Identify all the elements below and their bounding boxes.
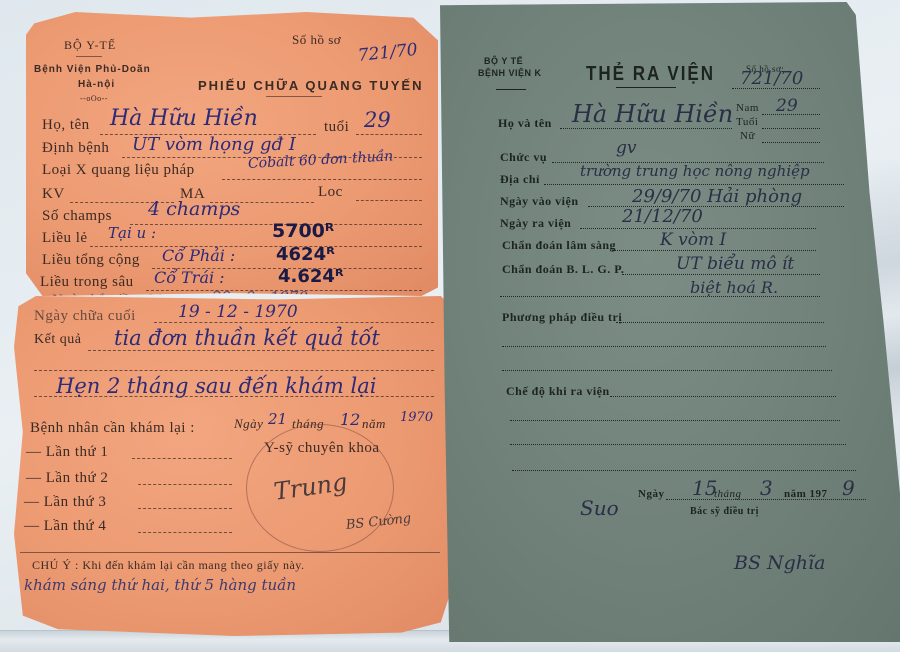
field-line-address bbox=[544, 184, 844, 185]
total-dose-label: Liều tổng cộng bbox=[42, 252, 140, 269]
fields-count-label: Số champs bbox=[42, 208, 112, 225]
date-year-label: năm 197 bbox=[784, 488, 828, 500]
hospital-name: BỆNH VIỆN K bbox=[478, 68, 542, 78]
followup-label: Bệnh nhân cần khám lại : bbox=[30, 420, 195, 437]
diagnosis-label: Định bệnh bbox=[42, 140, 109, 157]
title-underline bbox=[616, 87, 676, 88]
field-line-name bbox=[560, 128, 732, 129]
date-year-digit: 9 bbox=[842, 476, 855, 500]
total-dose-value: 4624ᴿ bbox=[276, 244, 335, 265]
result-value-2: Hẹn 2 tháng sau đến khám lại bbox=[56, 374, 376, 398]
age-label: Tuổi bbox=[736, 116, 758, 128]
field-label-address: Địa chỉ bbox=[500, 172, 540, 187]
note-divider bbox=[20, 552, 440, 553]
male-label: Nam bbox=[736, 102, 759, 114]
visit-4-line bbox=[138, 532, 232, 533]
result-line-1 bbox=[88, 350, 434, 351]
field-value-address: trường trung học nông nghiệp bbox=[580, 162, 810, 180]
note-label: CHÚ Ý : Khi đến khám lại cần mang theo g… bbox=[32, 558, 305, 573]
age-line bbox=[356, 134, 422, 135]
field-label-admission: Ngày vào viện bbox=[500, 194, 579, 209]
male-value: 29 bbox=[776, 96, 798, 116]
deep-dose-site: Cổ Trái : bbox=[154, 268, 225, 287]
followup-year: 1970 bbox=[400, 410, 433, 425]
deep-dose-value: 4.624ᴿ bbox=[278, 266, 344, 287]
date-month-label: tháng bbox=[714, 488, 742, 500]
last-date-line bbox=[154, 322, 434, 323]
doctor-signature: BS Nghĩa bbox=[734, 552, 825, 574]
ornament: --oOo-- bbox=[80, 94, 108, 103]
visit-2: — Lần thứ 2 bbox=[26, 470, 108, 487]
field-line-treatment-2 bbox=[502, 346, 826, 347]
field-value-pathology-diagnosis-2: biệt hoá R. bbox=[690, 278, 778, 297]
hospital-name: Bệnh Viện Phủ-Doãn bbox=[34, 64, 151, 75]
followup-month: 12 bbox=[340, 410, 360, 429]
radiotherapy-slip-bottom: Ngày chữa cuối 19 - 12 - 1970 Kết quả ti… bbox=[14, 296, 454, 636]
result-value-1: tia đơn thuần kết quả tốt bbox=[114, 326, 380, 350]
field-label-regime: Chế độ khi ra viện bbox=[506, 384, 610, 399]
dose-site: Tại u : bbox=[108, 224, 156, 242]
fields-count-value: 4 champs bbox=[148, 198, 240, 220]
xray-type-label: Loại X quang liệu pháp bbox=[42, 162, 195, 179]
result-label: Kết quả bbox=[34, 332, 81, 348]
loc-line bbox=[356, 200, 422, 201]
hospital-city: Hà-nội bbox=[78, 79, 115, 90]
field-label-position: Chức vụ bbox=[500, 150, 547, 165]
field-value-position: gv bbox=[616, 138, 637, 158]
record-no-label: Số hồ sơ bbox=[292, 32, 341, 48]
field-label-discharge: Ngày ra viện bbox=[500, 216, 571, 231]
name-value: Hà Hữu Hiền bbox=[110, 106, 258, 131]
record-no-value: 721/70 bbox=[740, 68, 803, 89]
last-date-label: Ngày chữa cuối bbox=[34, 308, 136, 325]
field-line-regime-2 bbox=[510, 420, 840, 421]
card-title: THẺ RA VIỆN bbox=[586, 62, 715, 86]
followup-date-prefix: Ngày bbox=[234, 416, 263, 432]
female-label: Nữ bbox=[740, 130, 755, 142]
dose-value: 5700ᴿ bbox=[272, 220, 334, 242]
loc-label: Loc bbox=[318, 184, 343, 201]
followup-day: 21 bbox=[268, 410, 287, 428]
ministry-label: BỘ Y-TẾ bbox=[64, 38, 116, 53]
discharge-card: BỘ Y TẾ BỆNH VIỆN K THẺ RA VIỆN Số hồ sơ… bbox=[440, 2, 900, 642]
field-line-regime bbox=[610, 396, 836, 397]
ministry-label: BỘ Y TẾ bbox=[484, 56, 523, 66]
field-label-pathology-diagnosis: Chẩn đoán B. L. G. P. bbox=[502, 262, 624, 277]
total-dose-site: Cổ Phải : bbox=[162, 246, 235, 265]
kv-label: KV bbox=[42, 186, 65, 203]
divider bbox=[76, 56, 102, 57]
visit-2-line bbox=[138, 484, 232, 485]
visit-1: — Lần thứ 1 bbox=[26, 444, 108, 461]
deep-dose-label: Liều trong sâu bbox=[40, 274, 134, 291]
xray-type-line bbox=[222, 179, 422, 180]
note-handwritten: khám sáng thứ hai, thứ 5 hàng tuần bbox=[24, 576, 296, 594]
field-line-treatment-3 bbox=[502, 370, 832, 371]
radiotherapy-slip-top: BỘ Y-TẾ Bệnh Viện Phủ-Doãn Hà-nội --oOo-… bbox=[26, 12, 438, 296]
result-line-2 bbox=[34, 370, 434, 371]
date-month: 3 bbox=[760, 476, 773, 500]
field-value-clinical-diagnosis: K vòm I bbox=[660, 230, 726, 250]
last-date-value: 19 - 12 - 1970 bbox=[178, 302, 298, 322]
slip-title: PHIẾU CHỮA QUANG TUYẾN bbox=[198, 78, 423, 93]
age-value: 29 bbox=[364, 108, 391, 132]
field-value-admission: 29/9/70 Hải phòng bbox=[632, 186, 802, 207]
initials-left: Suo bbox=[580, 496, 619, 520]
visit-1-line bbox=[132, 458, 232, 459]
field-line-clinical-diagnosis bbox=[612, 250, 816, 251]
field-line-discharge bbox=[580, 228, 816, 229]
field-value-pathology-diagnosis: UT biểu mô ít bbox=[676, 254, 794, 274]
age-label: tuổi bbox=[324, 119, 349, 136]
field-label-clinical-diagnosis: Chẩn đoán lâm sàng bbox=[502, 238, 616, 253]
name-label: Họ, tên bbox=[42, 117, 90, 134]
visit-3-line bbox=[138, 508, 232, 509]
field-line-pathology-diagnosis bbox=[622, 274, 820, 275]
visit-4: — Lần thứ 4 bbox=[24, 518, 106, 535]
date-prefix: Ngày bbox=[638, 488, 664, 500]
dose-line bbox=[90, 246, 422, 247]
dose-label: Liều lẻ bbox=[42, 230, 88, 247]
field-value-discharge: 21/12/70 bbox=[622, 206, 703, 227]
field-line-treatment bbox=[616, 322, 824, 323]
field-label-name: Họ và tên bbox=[498, 116, 552, 131]
field-line-regime-4 bbox=[512, 470, 856, 471]
female-line bbox=[762, 142, 820, 143]
field-value-name: Hà Hữu Hiền bbox=[572, 100, 733, 128]
title-underline bbox=[266, 96, 322, 97]
field-label-treatment: Phương pháp điều trị bbox=[502, 310, 622, 325]
diagnosis-value: UT vòm họng gđ I bbox=[132, 134, 296, 155]
record-no-value: 721/70 bbox=[357, 40, 419, 66]
field-line-regime-3 bbox=[510, 444, 846, 445]
followup-year-label: năm bbox=[362, 416, 386, 432]
header-divider bbox=[496, 89, 526, 90]
visit-3: — Lần thứ 3 bbox=[24, 494, 106, 511]
age-line bbox=[762, 128, 820, 129]
doctor-label: Bác sỹ điều trị bbox=[690, 506, 759, 517]
